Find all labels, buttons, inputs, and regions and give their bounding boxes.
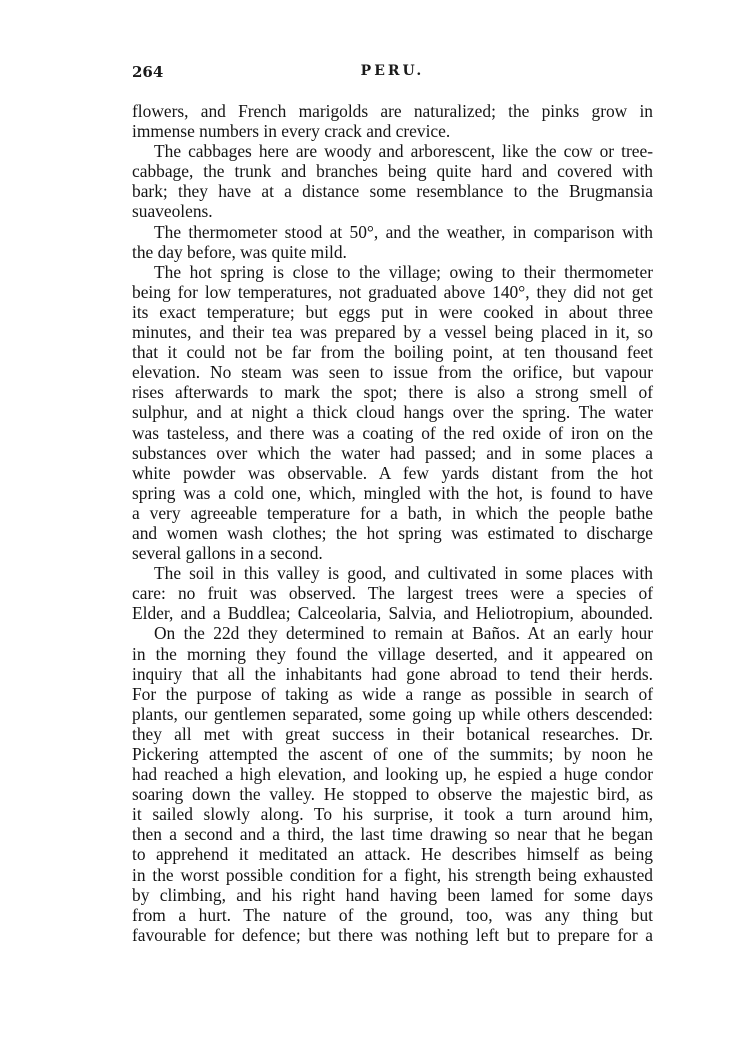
text-line: cabbage, the trunk and branches being qu… bbox=[132, 161, 653, 181]
text-line: a very agreeable temperature for a bath,… bbox=[132, 503, 653, 523]
text-line: Pickering attempted the ascent of one of… bbox=[132, 744, 653, 764]
text-line: rises afterwards to mark the spot; there… bbox=[132, 382, 653, 402]
text-line: immense numbers in every crack and crevi… bbox=[132, 121, 653, 141]
text-line: plants, our gentlemen separated, some go… bbox=[132, 704, 653, 724]
text-line: the day before, was quite mild. bbox=[132, 242, 653, 262]
text-line: white powder was observable. A few yards… bbox=[132, 463, 653, 483]
text-line: inquiry that all the inhabitants had gon… bbox=[132, 664, 653, 684]
text-line: substances over which the water had pass… bbox=[132, 443, 653, 463]
text-line: in the worst possible condition for a fi… bbox=[132, 865, 653, 885]
text-line: The hot spring is close to the village; … bbox=[132, 262, 653, 282]
text-line: by climbing, and his right hand having b… bbox=[132, 885, 653, 905]
text-line: its exact temperature; but eggs put in w… bbox=[132, 302, 653, 322]
text-line: was tasteless, and there was a coating o… bbox=[132, 423, 653, 443]
text-line: The cabbages here are woody and arboresc… bbox=[132, 141, 653, 161]
text-line: several gallons in a second. bbox=[132, 543, 653, 563]
running-title: PERU. bbox=[132, 63, 653, 79]
text-line: in the morning they found the village de… bbox=[132, 644, 653, 664]
text-line: suaveolens. bbox=[132, 201, 653, 221]
text-line: and women wash clothes; the hot spring w… bbox=[132, 523, 653, 543]
text-line: care: no fruit was observed. The largest… bbox=[132, 583, 653, 603]
text-line: it sailed slowly along. To his surprise,… bbox=[132, 804, 653, 824]
text-line: elevation. No steam was seen to issue fr… bbox=[132, 362, 653, 382]
text-line: On the 22d they determined to remain at … bbox=[132, 623, 653, 643]
text-line: The soil in this valley is good, and cul… bbox=[132, 563, 653, 583]
text-line: that it could not be far from the boilin… bbox=[132, 342, 653, 362]
page-header: 264 PERU. bbox=[132, 63, 653, 85]
text-line: Elder, and a Buddlea; Calceolaria, Salvi… bbox=[132, 603, 653, 623]
text-line: soaring down the valley. He stopped to o… bbox=[132, 784, 653, 804]
text-line: flowers, and French marigolds are natura… bbox=[132, 101, 653, 121]
text-line: to apprehend it meditated an attack. He … bbox=[132, 844, 653, 864]
text-line: they all met with great success in their… bbox=[132, 724, 653, 744]
text-line: being for low temperatures, not graduate… bbox=[132, 282, 653, 302]
text-line: For the purpose of taking as wide a rang… bbox=[132, 684, 653, 704]
text-line: spring was a cold one, which, mingled wi… bbox=[132, 483, 653, 503]
text-line: minutes, and their tea was prepared by a… bbox=[132, 322, 653, 342]
text-line: favourable for defence; but there was no… bbox=[132, 925, 653, 945]
text-line: from a hurt. The nature of the ground, t… bbox=[132, 905, 653, 925]
text-line: sulphur, and at night a thick cloud hang… bbox=[132, 402, 653, 422]
text-line: then a second and a third, the last time… bbox=[132, 824, 653, 844]
text-line: The thermometer stood at 50°, and the we… bbox=[132, 222, 653, 242]
text-line: bark; they have at a distance some resem… bbox=[132, 181, 653, 201]
body-text: flowers, and French marigolds are natura… bbox=[132, 101, 653, 945]
text-line: had reached a high elevation, and lookin… bbox=[132, 764, 653, 784]
